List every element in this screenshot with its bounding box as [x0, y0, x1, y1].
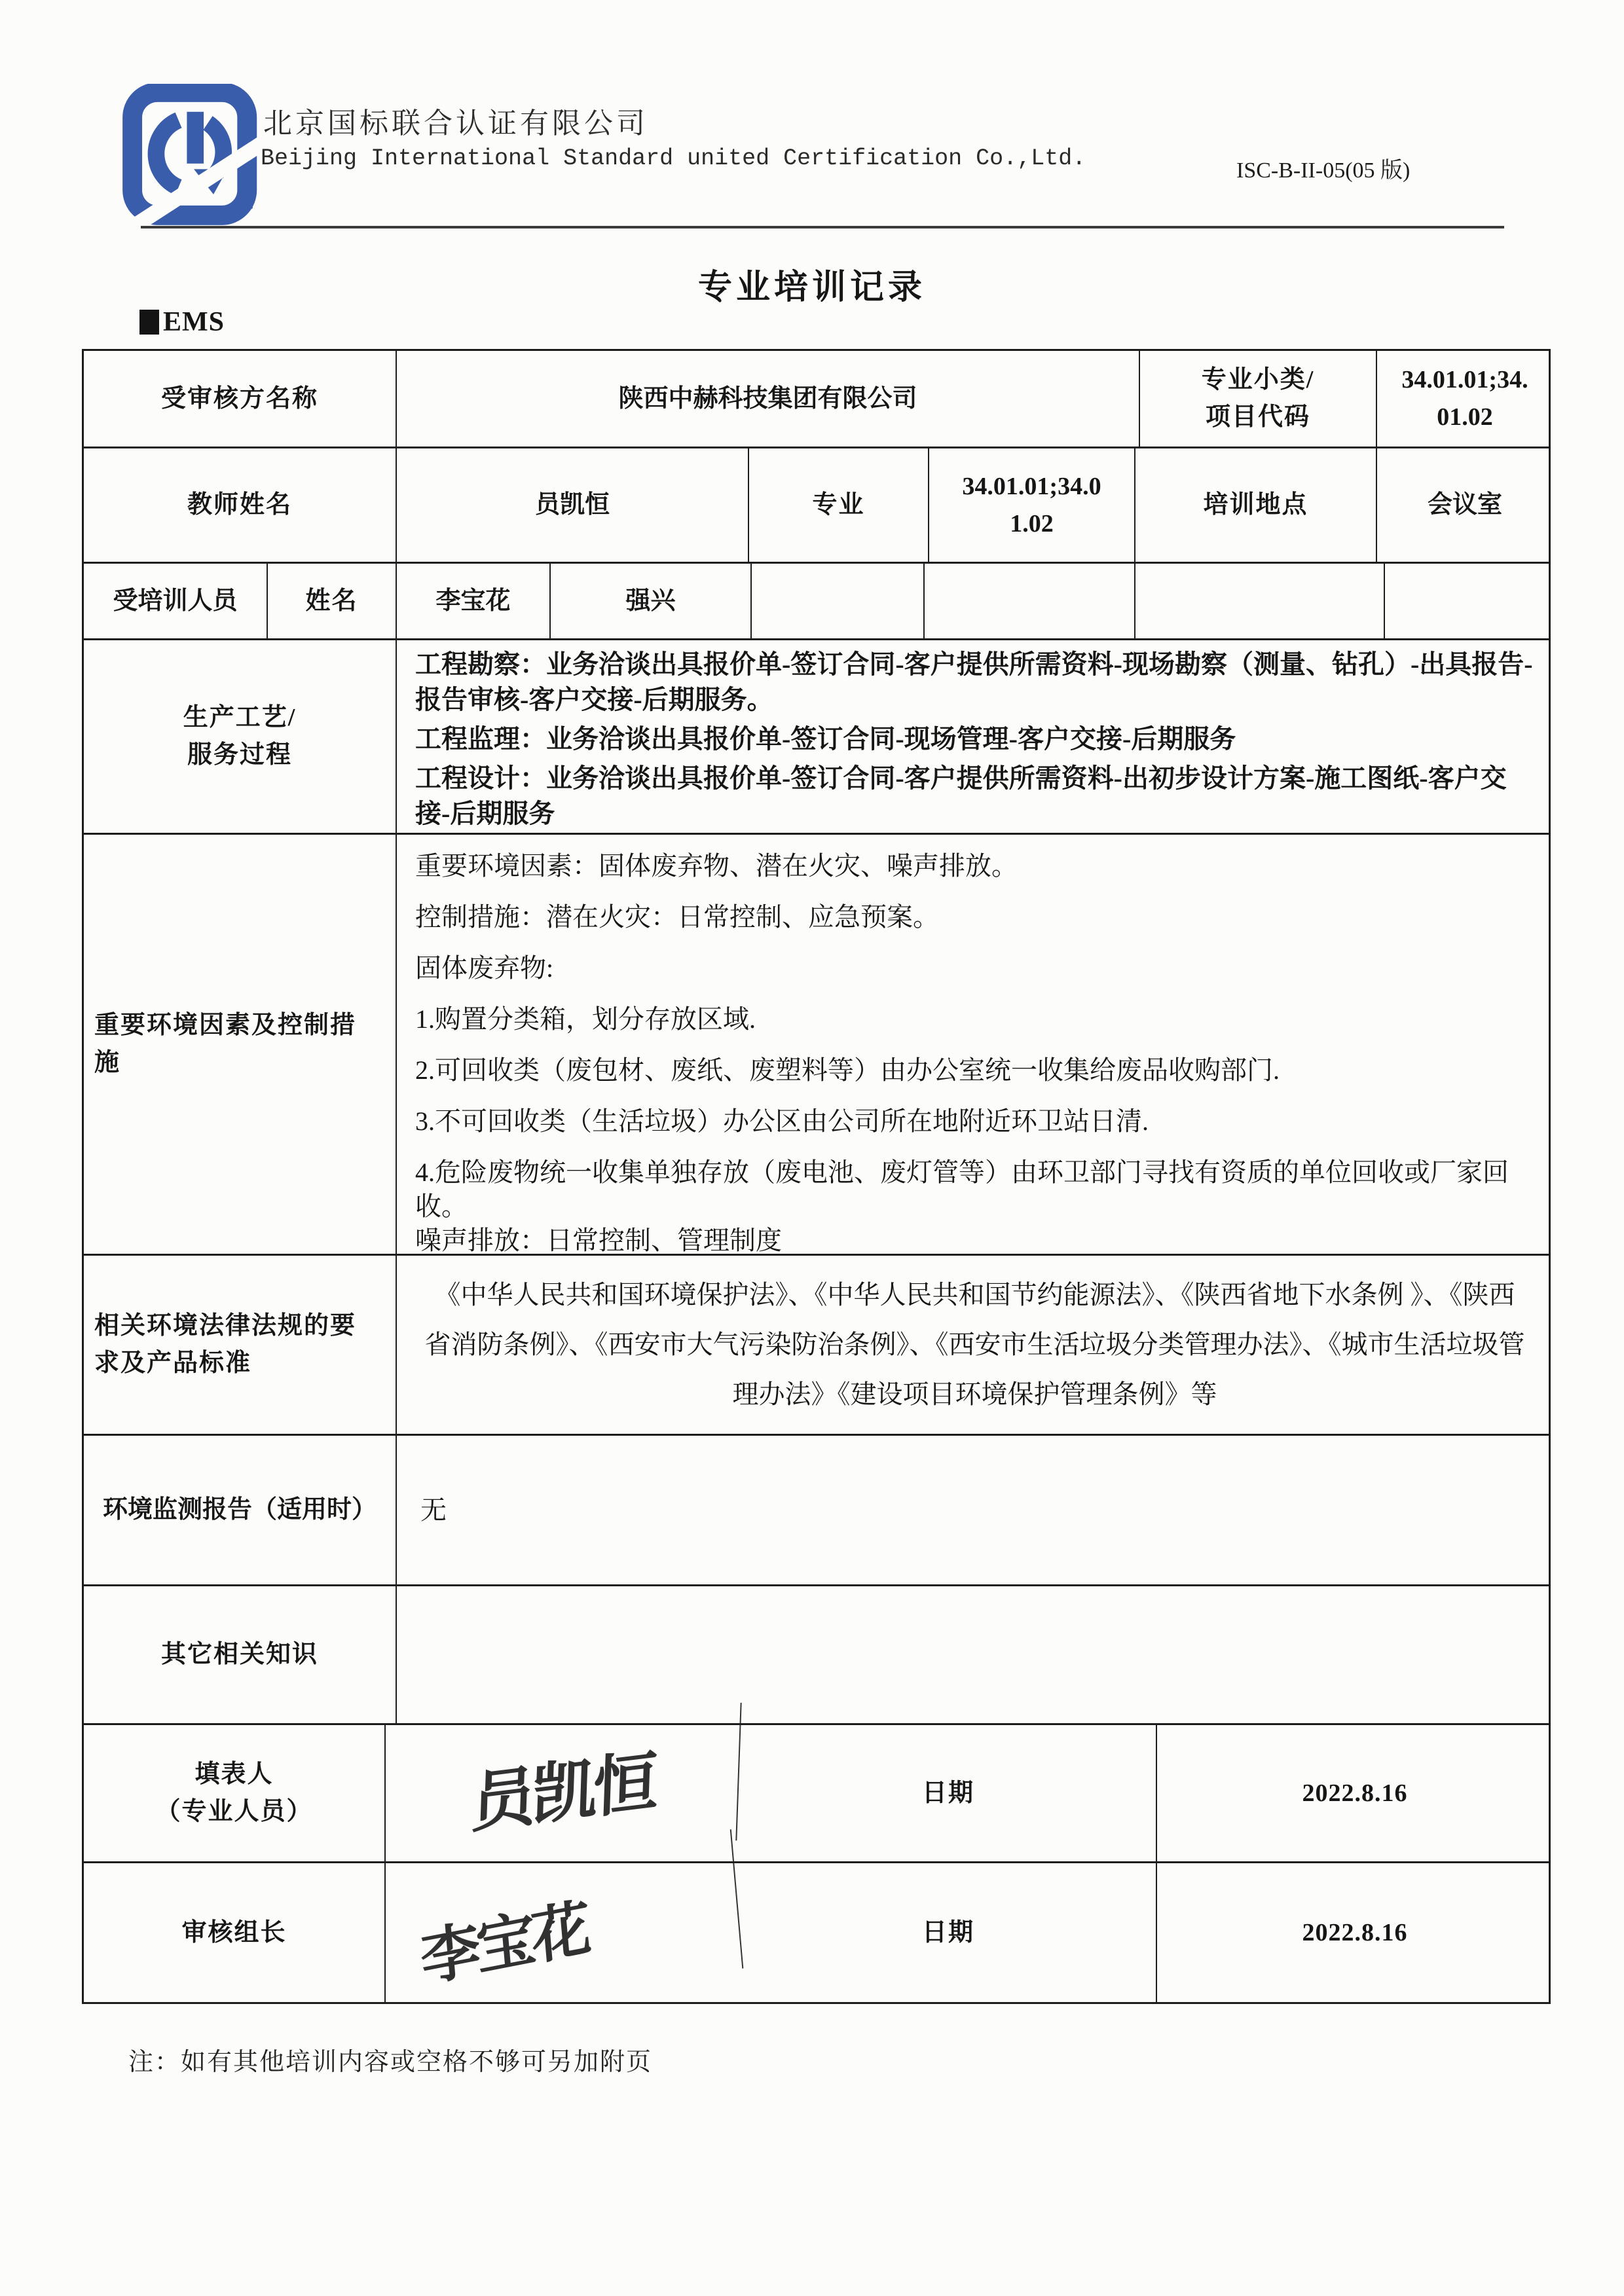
filler-label: 填表人 （专业人员） — [84, 1725, 386, 1861]
trainee-name-1: 李宝花 — [397, 564, 551, 638]
process-label: 生产工艺/ 服务过程 — [84, 640, 397, 833]
page-title: 专业培训记录 — [0, 259, 1624, 308]
auditor-date-label: 日期 — [741, 1863, 1157, 2002]
training-record-table: 受审核方名称 陕西中赫科技集团有限公司 专业小类/ 项目代码 34.01.01;… — [82, 349, 1551, 2004]
trainee-name-label: 姓名 — [268, 564, 397, 638]
other-knowledge-label: 其它相关知识 — [84, 1586, 397, 1723]
footer-note: 注：如有其他培训内容或空格不够可另加附页 — [128, 2041, 652, 2077]
trainee-name-2: 强兴 — [551, 564, 752, 638]
env-line: 固体废弃物: — [415, 951, 553, 985]
subcategory-label: 专业小类/ 项目代码 — [1140, 351, 1377, 446]
env-line: 噪声排放：日常控制、管理制度 — [415, 1224, 782, 1254]
auditor-label: 审核组长 — [84, 1863, 386, 2002]
row-env-factors: 重要环境因素及控制措施 重要环境因素：固体废弃物、潜在火灾、噪声排放。 控制措施… — [84, 835, 1549, 1256]
env-line: 4.危险废物统一收集单独存放（废电池、废灯管等）由环卫部门寻找有资质的单位回收或… — [415, 1156, 1534, 1224]
regulations-label: 相关环境法律法规的要求及产品标准 — [84, 1256, 397, 1434]
scanned-training-record-page: 北京国标联合认证有限公司 Beijing International Stand… — [0, 0, 1624, 2296]
trainee-name-5 — [1135, 564, 1385, 638]
row-teacher: 教师姓名 员凯恒 专业 34.01.01;34.01.02 培训地点 会议室 — [84, 448, 1549, 564]
location-value: 会议室 — [1377, 448, 1553, 562]
trainee-label: 受培训人员 — [84, 564, 268, 638]
filler-date-value: 2022.8.16 — [1157, 1725, 1553, 1861]
row-form-filler: 填表人 （专业人员） 员凯恒 日期 2022.8.16 — [84, 1725, 1549, 1863]
monitoring-label: 环境监测报告（适用时） — [84, 1436, 397, 1584]
subcategory-code: 34.01.01;34.01.02 — [1377, 351, 1553, 446]
header-divider — [141, 226, 1504, 228]
env-factors-content: 重要环境因素：固体废弃物、潜在火灾、噪声排放。 控制措施：潜在火灾：日常控制、应… — [397, 835, 1553, 1254]
teacher-name: 员凯恒 — [397, 448, 749, 562]
other-knowledge-value — [397, 1586, 1553, 1723]
company-name-en: Beijing International Standard united Ce… — [261, 145, 1086, 172]
trainee-name-3 — [752, 564, 925, 638]
teacher-label: 教师姓名 — [84, 448, 397, 562]
location-label: 培训地点 — [1135, 448, 1377, 562]
system-mark-label: EMS — [163, 306, 225, 338]
major-label: 专业 — [749, 448, 929, 562]
auditee-name: 陕西中赫科技集团有限公司 — [397, 351, 1140, 446]
env-factors-label: 重要环境因素及控制措施 — [84, 835, 397, 1254]
form-code: ISC-B-II-05(05 版) — [1236, 152, 1410, 184]
row-auditee: 受审核方名称 陕西中赫科技集团有限公司 专业小类/ 项目代码 34.01.01;… — [84, 351, 1549, 448]
monitoring-value: 无 — [397, 1436, 1553, 1584]
process-line: 工程设计：业务洽谈出具报价单-签订合同-客户提供所需资料-出初步设计方案-施工图… — [415, 761, 1534, 831]
env-line: 控制措施：潜在火灾：日常控制、应急预案。 — [415, 900, 939, 934]
row-process: 生产工艺/ 服务过程 工程勘察：业务洽谈出具报价单-签订合同-客户提供所需资料-… — [84, 640, 1549, 835]
major-code: 34.01.01;34.01.02 — [929, 448, 1135, 562]
env-line: 2.可回收类（废包材、废纸、废塑料等）由办公室统一收集给废品收购部门. — [415, 1053, 1280, 1087]
env-line: 1.购置分类箱，划分存放区域. — [415, 1002, 756, 1036]
auditor-date-value: 2022.8.16 — [1157, 1863, 1553, 2002]
filler-date-label: 日期 — [741, 1725, 1157, 1861]
process-line: 工程勘察：业务洽谈出具报价单-签订合同-客户提供所需资料-现场勘察（测量、钻孔）… — [415, 647, 1534, 718]
company-logo-icon — [121, 84, 275, 227]
env-line: 重要环境因素：固体废弃物、潜在火灾、噪声排放。 — [415, 849, 1018, 883]
regulations-content: 《中华人民共和国环境保护法》、《中华人民共和国节约能源法》、《陕西省地下水条例 … — [397, 1256, 1553, 1434]
row-monitoring: 环境监测报告（适用时） 无 — [84, 1436, 1549, 1586]
trainee-name-6 — [1385, 564, 1553, 638]
env-line: 3.不可回收类（生活垃圾）办公区由公司所在地附近环卫站日清. — [415, 1104, 1149, 1139]
row-audit-leader: 审核组长 李宝花 日期 2022.8.16 — [84, 1863, 1549, 2002]
company-name-cn: 北京国标联合认证有限公司 — [263, 100, 648, 141]
auditee-label: 受审核方名称 — [84, 351, 397, 446]
row-regulations: 相关环境法律法规的要求及产品标准 《中华人民共和国环境保护法》、《中华人民共和国… — [84, 1256, 1549, 1436]
row-trainees: 受培训人员 姓名 李宝花 强兴 — [84, 564, 1549, 640]
management-system-mark: EMS — [139, 306, 225, 338]
row-other-knowledge: 其它相关知识 — [84, 1586, 1549, 1725]
filled-square-icon — [139, 310, 159, 335]
process-content: 工程勘察：业务洽谈出具报价单-签订合同-客户提供所需资料-现场勘察（测量、钻孔）… — [397, 640, 1553, 833]
process-line: 工程监理：业务洽谈出具报价单-签订合同-现场管理-客户交接-后期服务 — [415, 721, 1236, 757]
trainee-name-4 — [925, 564, 1135, 638]
